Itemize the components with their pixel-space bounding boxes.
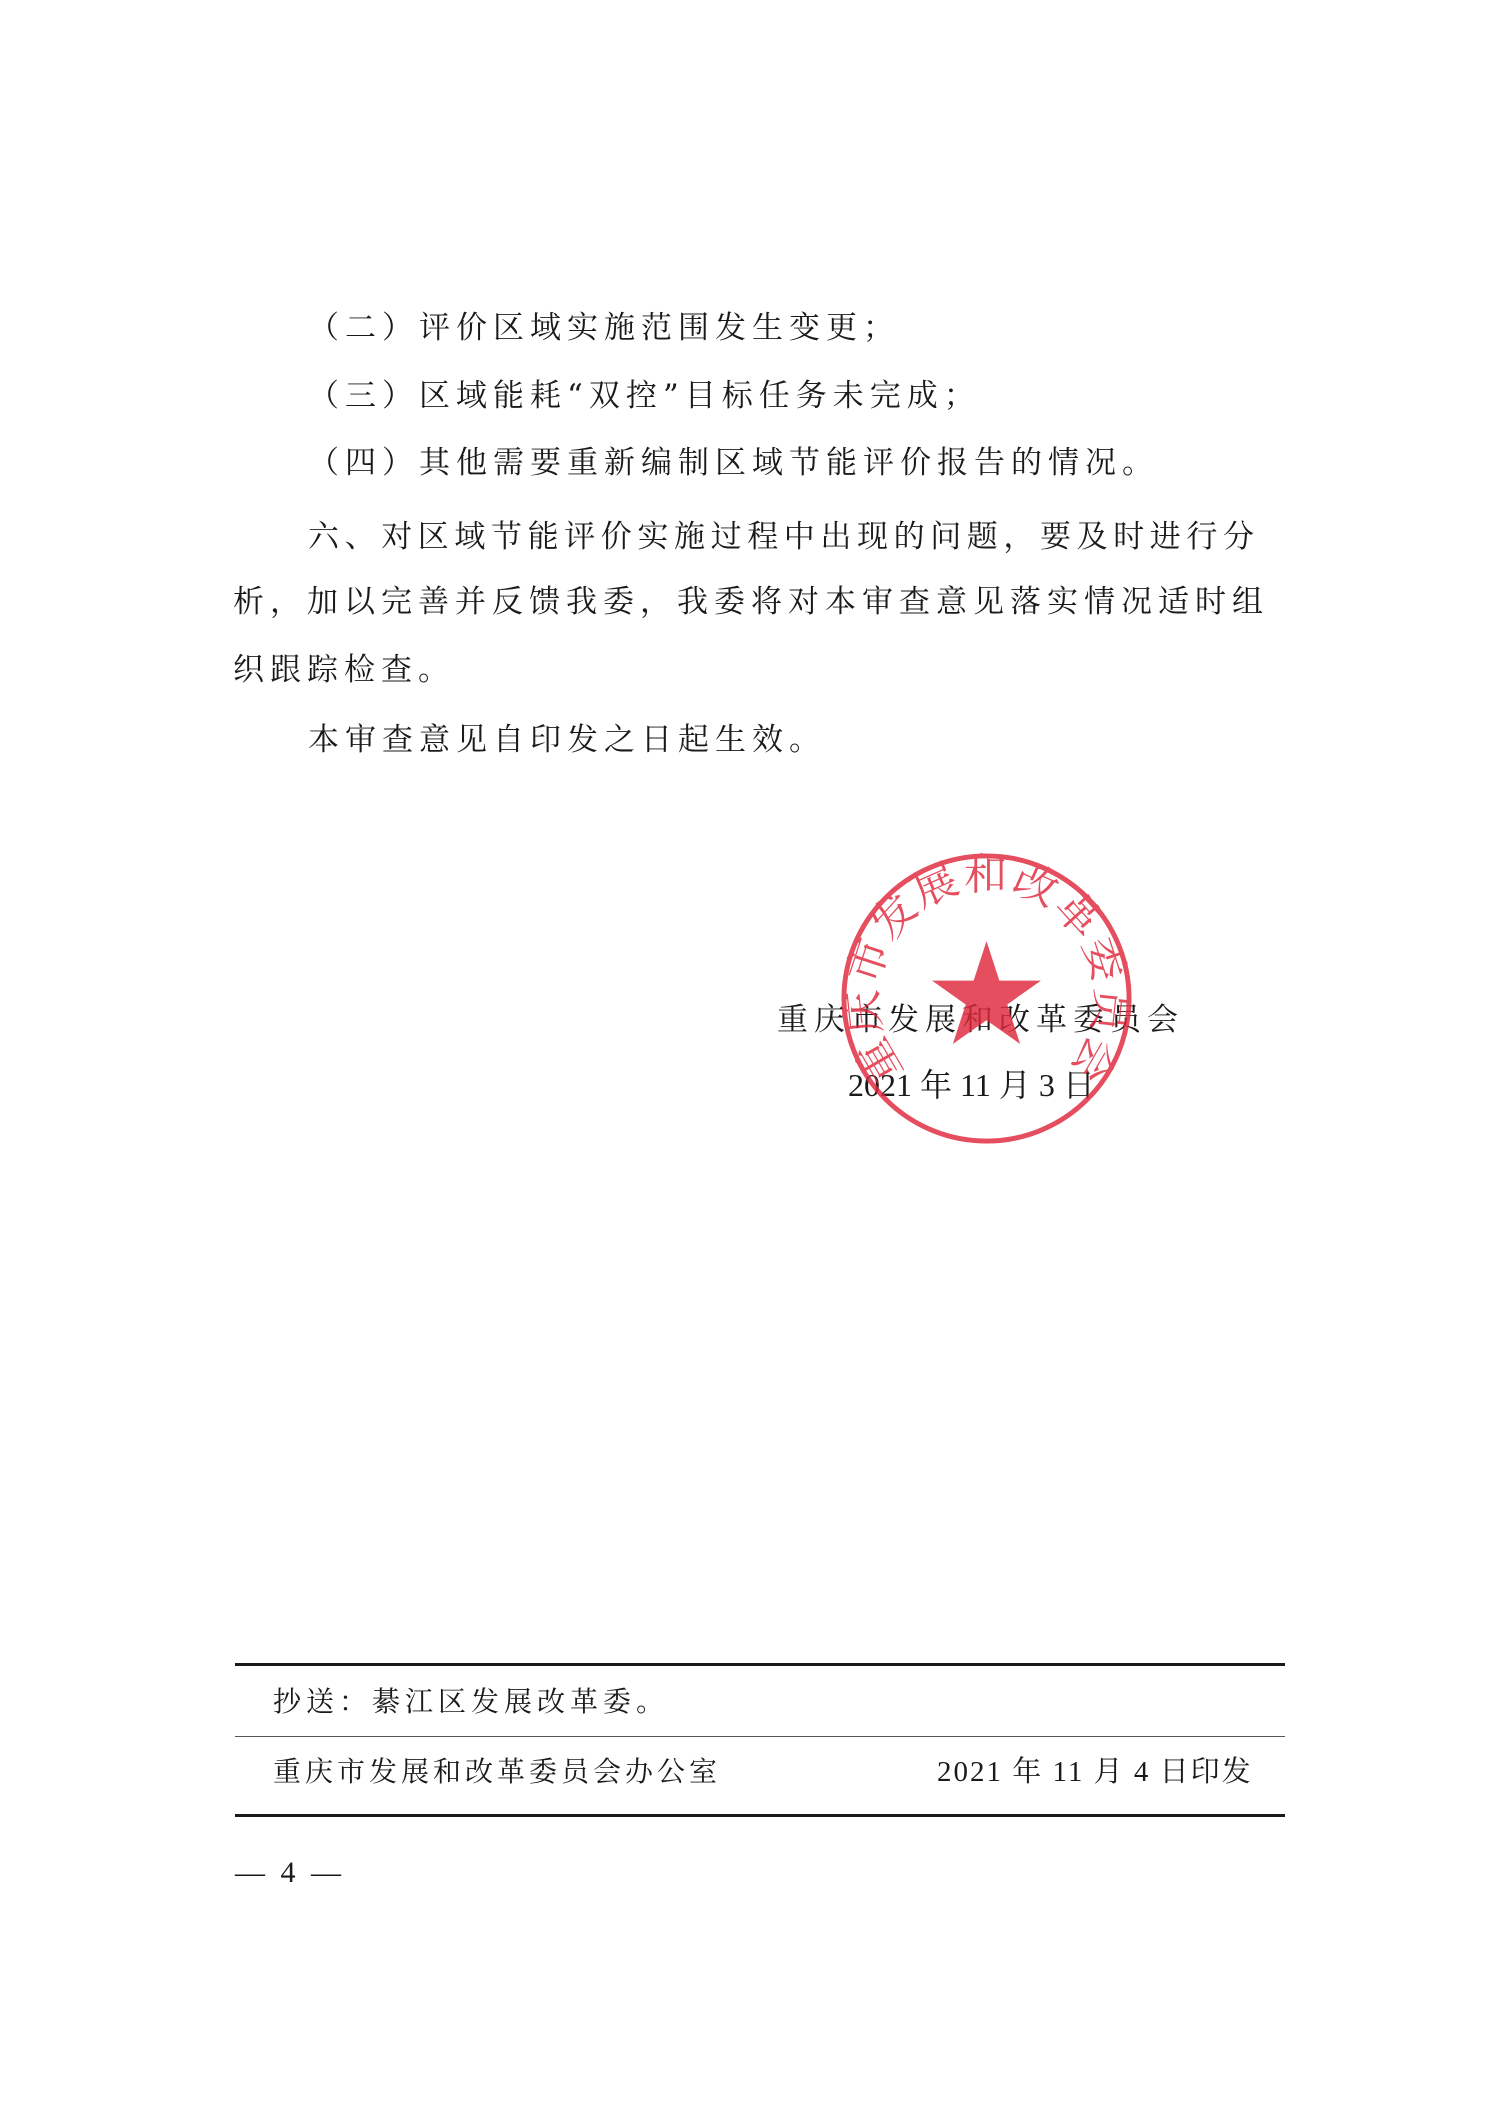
star-icon [932,941,1041,1044]
item-three: （三）区域能耗“双控”目标任务未完成； [308,376,981,416]
official-seal-icon: 重庆市发展和改革委员会 [838,850,1135,1147]
item-four: （四）其他需要重新编制区域节能评价报告的情况。 [308,443,1159,483]
item-two: （二）评价区域实施范围发生变更； [308,308,900,348]
issuer: 重庆市发展和改革委员会办公室 [273,1754,721,1790]
issue-date: 2021 年 11 月 4 日印发 [937,1754,1253,1790]
paragraph-six-line-2: 析，加以完善并反馈我委，我委将对本审查意见落实情况适时组 [233,582,1269,622]
footer-middle-rule [235,1736,1285,1737]
paragraph-six-line-1: 六、对区域节能评价实施过程中出现的问题，要及时进行分 [308,517,1260,557]
footer-bottom-rule [235,1814,1285,1817]
page-number: — 4 — [235,1855,345,1891]
effective-statement: 本审查意见自印发之日起生效。 [308,720,826,760]
footer-top-rule [235,1663,1285,1666]
cc-line: 抄送：綦江区发展改革委。 [273,1684,669,1720]
paragraph-six-line-3: 织跟踪检查。 [233,650,455,690]
